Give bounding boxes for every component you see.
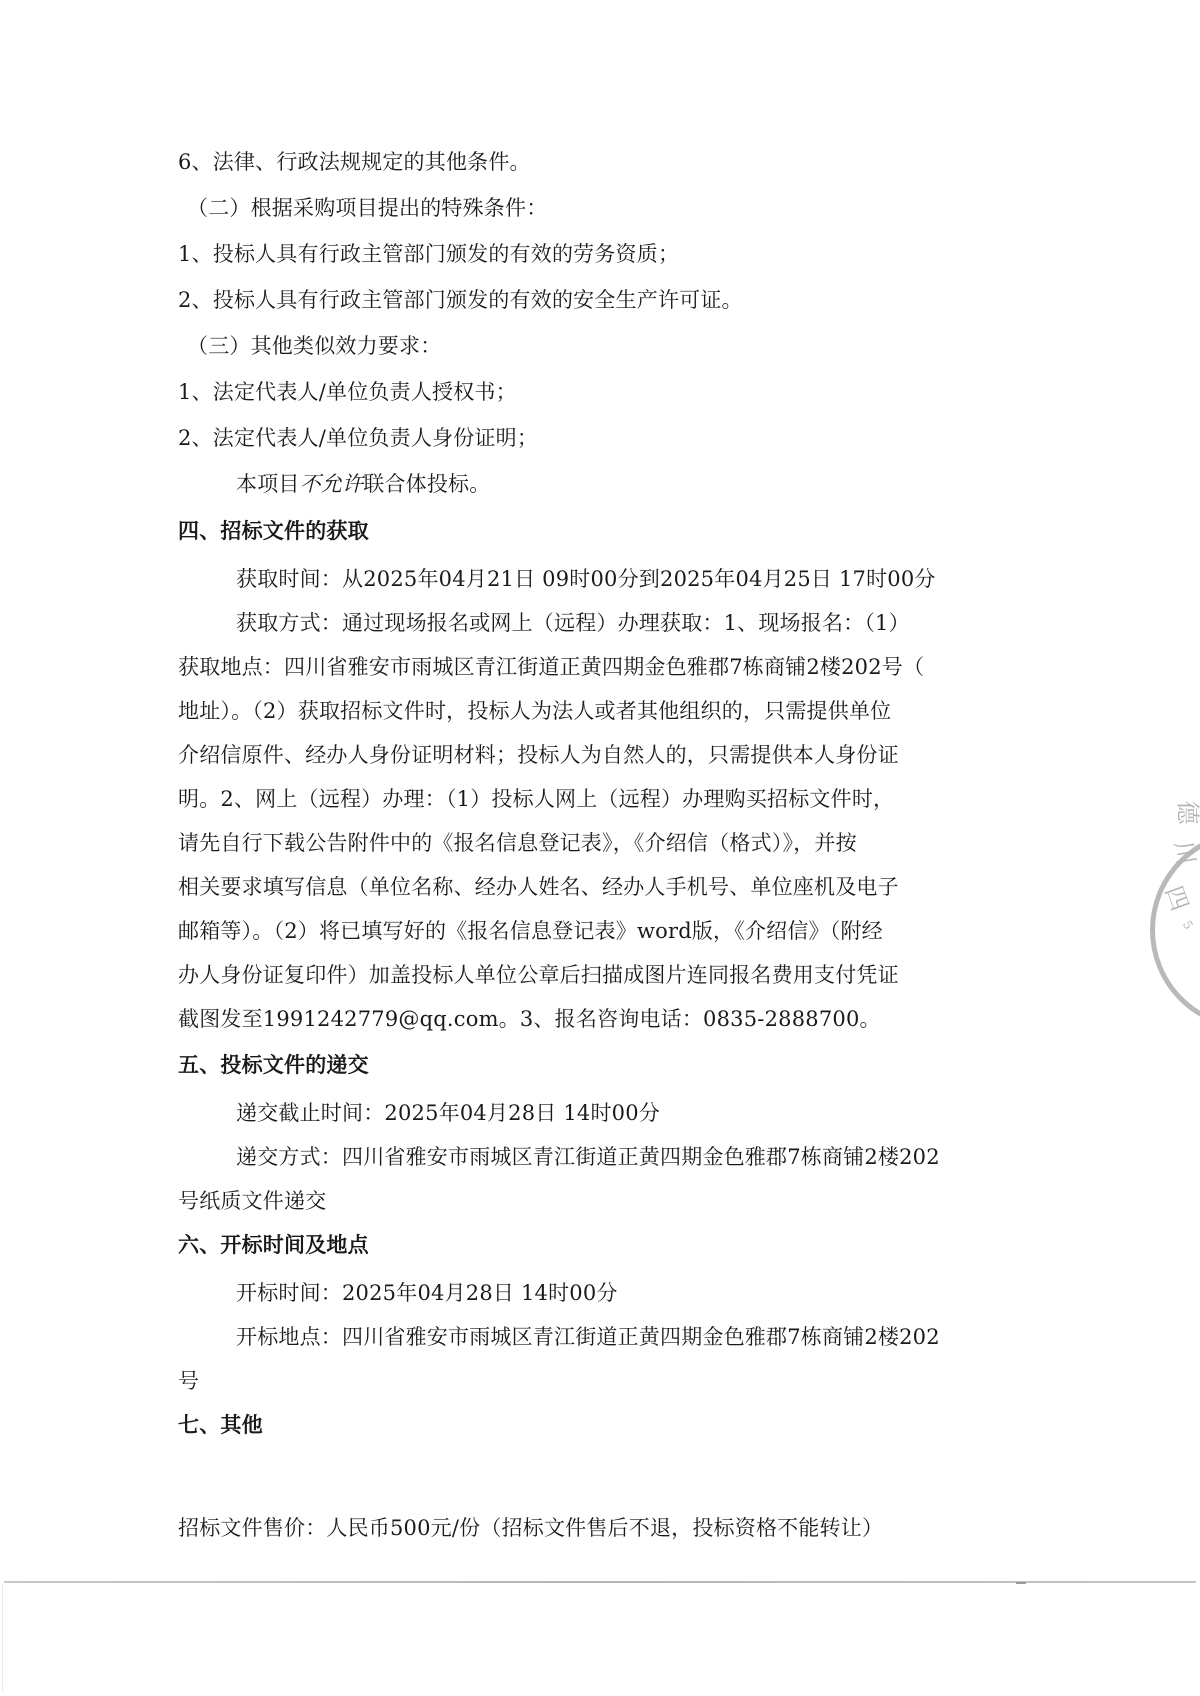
special-condition-1: 1、投标人具有行政主管部门颁发的有效的劳务资质； [178,240,679,268]
section-4-method-line: 请先自行下载公告附件中的《报名信息登记表》，《介绍信（格式）》，并按 [178,829,857,857]
section-7-price: 招标文件售价：人民币500元/份（招标文件售后不退，投标资格不能转让） [178,1514,883,1542]
section-4-method-line: 截图发至1991242779@qq.com。3、报名咨询电话：0835-2888… [178,1005,881,1033]
special-condition-2: 2、投标人具有行政主管部门颁发的有效的安全生产许可证。 [178,286,743,314]
consortium-note-emphasis: 不允许 [300,472,364,496]
section-4-method-line: 介绍信原件、经办人身份证明材料；投标人为自然人的，只需提供本人身份证 [178,741,899,769]
section-4-method-line: 邮箱等）。（2）将已填写好的《报名信息登记表》word版，《介绍信》（附经 [178,917,883,945]
seal-char: 川 [1168,838,1200,868]
consortium-note-suffix: 联合体投标。 [363,472,490,496]
section-5-method-line1: 递交方式：四川省雅安市雨城区青江街道正黄四期金色雅郡7栋商铺2楼202 [236,1143,940,1171]
section-4-method-line: 明。2、网上（远程）办理：（1）投标人网上（远程）办理购买招标文件时， [178,785,894,813]
section-5-deadline: 递交截止时间：2025年04月28日 14时00分 [236,1099,660,1127]
special-conditions-heading: （二）根据采购项目提出的特殊条件： [187,194,547,222]
section-6-time: 开标时间：2025年04月28日 14时00分 [236,1279,618,1307]
section-4-time: 获取时间：从2025年04月21日 09时00分到2025年04月25日 17时… [236,565,936,593]
section-4-method-line: 相关要求填写信息（单位名称、经办人姓名、经办人手机号、单位座机及电子 [178,873,899,901]
section-4-method-line: 办人身份证复印件）加盖投标人单位公章后扫描成图片连同报名费用支付凭证 [178,961,899,989]
section-6-place-line2: 号 [178,1367,199,1395]
section-6-place-line1: 开标地点：四川省雅安市雨城区青江街道正黄四期金色雅郡7栋商铺2楼202 [236,1323,940,1351]
section-4-method-line: 获取方式：通过现场报名或网上（远程）办理获取：1、现场报名：（1） [236,609,910,637]
consortium-note-prefix: 本项目 [236,472,300,496]
section-4-method-line: 地址）。（2）获取招标文件时，投标人为法人或者其他组织的，只需提供单位 [178,697,891,725]
section-6-title: 六、开标时间及地点 [178,1231,369,1259]
other-requirements-heading: （三）其他类似效力要求： [187,332,441,360]
other-requirement-2: 2、法定代表人/单位负责人身份证明； [178,424,538,452]
condition-6: 6、法律、行政法规规定的其他条件。 [178,148,531,176]
section-4-title: 四、招标文件的获取 [178,517,369,545]
section-5-method-line2: 号纸质文件递交 [178,1187,326,1215]
section-7-title: 七、其他 [178,1411,263,1439]
consortium-note: 本项目不允许联合体投标。 [236,470,490,498]
rule-mark [1016,1582,1026,1584]
document-page: 6、法律、行政法规规定的其他条件。 （二）根据采购项目提出的特殊条件： 1、投标… [0,0,1200,1696]
other-requirement-1: 1、法定代表人/单位负责人授权书； [178,378,517,406]
scan-edge [2,1582,3,1692]
section-4-method-line: 获取地点：四川省雅安市雨城区青江街道正黄四期金色雅郡7栋商铺2楼202号（ [178,653,924,681]
seal-char: 德 [1173,801,1200,825]
section-5-title: 五、投标文件的递交 [178,1051,369,1079]
